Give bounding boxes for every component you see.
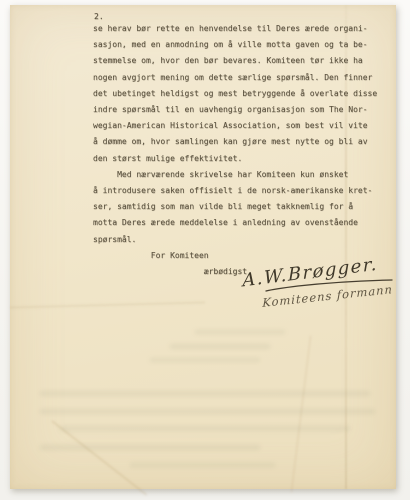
bleed-through-line [60,426,350,431]
bleed-through-line [150,358,260,362]
letter-body-text: se herav bør rette en henvendelse til De… [93,21,377,280]
paper-crease-diagonal-right [290,335,311,492]
paper-crease-horizontal [10,301,205,308]
bleed-through-line [195,330,285,334]
bleed-through-line [130,463,275,467]
photo-background: 2. se herav bør rette en henvendelse til… [0,0,410,500]
page-number: 2. [94,12,104,21]
paper-crease-diagonal [51,420,147,495]
bleed-through-line [40,391,370,396]
bleed-through-line [40,409,375,414]
letter-paper: 2. se herav bør rette en henvendelse til… [10,5,396,489]
bleed-through-line [40,445,260,450]
bleed-through-line [170,344,270,349]
